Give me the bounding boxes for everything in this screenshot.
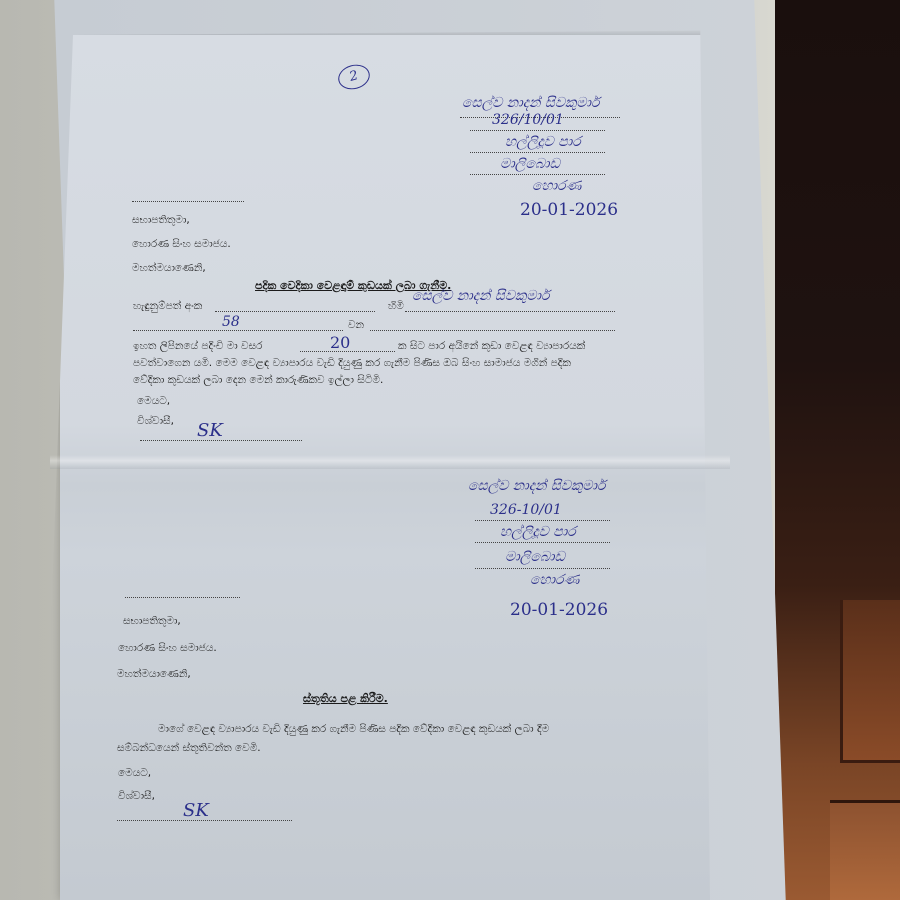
recipient-line-2: හොරණ සිංහ සමාජය. <box>132 238 231 251</box>
sender-address-1: 326-10/01 <box>490 502 562 518</box>
years-value: 20 <box>330 333 350 352</box>
letter-date: 20-01-2026 <box>520 200 618 220</box>
letter-date: 20-01-2026 <box>510 600 608 620</box>
salutation: මහත්මයාණෙනි, <box>117 668 191 681</box>
signature: SK <box>197 420 223 441</box>
door-rail <box>830 800 900 900</box>
age-label: වන <box>348 319 364 332</box>
closing-2: විශ්වාසී, <box>118 790 155 803</box>
recipient-dotted-line <box>132 201 244 202</box>
body-line-2: පවත්වාගෙන යමි. මෙම වෙළඳ ව්‍යාපාරය වැඩි ද… <box>133 357 571 370</box>
recipient-line-1: සභාපතිතුමා, <box>123 615 181 628</box>
wooden-door <box>775 0 900 900</box>
salutation: මහත්මයාණෙනි, <box>132 262 206 275</box>
body-line-3: වේදිකා කුඩයක් ලබා දෙන මෙන් කාරුණිකව ඉල්ල… <box>133 374 383 387</box>
sender-address-3: මාලිබොඩ <box>500 156 560 172</box>
door-panel <box>840 600 900 763</box>
sender-address-3: මාලිබොඩ <box>505 549 565 565</box>
closing-1: මෙයට, <box>137 395 170 408</box>
id-number-field <box>215 311 375 312</box>
sender-town: හොරණ <box>532 178 581 194</box>
recipient-line-2: හොරණ සිංහ සමාජය. <box>118 642 217 655</box>
sender-address-2: හල්ලිදූව පාර <box>500 524 576 540</box>
recipient-line-1: සභාපතිතුමා, <box>132 214 190 227</box>
body-line-2: සම්බන්ධයෙන් ස්තූතිවන්ත වෙමි. <box>117 742 261 755</box>
name-label: හිමි <box>388 300 404 313</box>
recipient-dotted-line <box>125 597 240 598</box>
age-value: 58 <box>222 314 240 330</box>
sender-name: සෙල්ව නාදන් සිවකුමාර් <box>468 478 605 494</box>
body-line-1: මාගේ වෙළඳ ව්‍යාපාරය වැඩි දියුණු කර ගැනීම… <box>158 723 549 736</box>
closing-2: විශ්වාසී, <box>137 415 174 428</box>
sender-address-2: හල්ලිදූව පාර <box>505 134 581 150</box>
body-line-1a: ඉහත ලිපිනයේ පදිංචි මා වසර <box>133 340 263 353</box>
sender-name: සෙල්ව නාදන් සිවකුමාර් <box>462 95 599 111</box>
paper-fold <box>50 455 730 469</box>
id-number-label: හැඳුනුම්පත් අංක <box>133 300 202 313</box>
signature: SK <box>183 800 209 821</box>
sender-town: හොරණ <box>530 572 579 588</box>
subject-heading: ස්තූතිය පළ කිරීම. <box>303 692 388 706</box>
closing-1: මෙයට, <box>118 767 151 780</box>
name-value: සෙල්ව නාදන් සිවකුමාර් <box>412 288 549 304</box>
body-line-1b: ක සිට පාර අයිනේ කුඩා වෙළඳ ව්‍යාපාරයක් <box>398 340 585 353</box>
sender-address-1: 326/10/01 <box>492 112 564 128</box>
